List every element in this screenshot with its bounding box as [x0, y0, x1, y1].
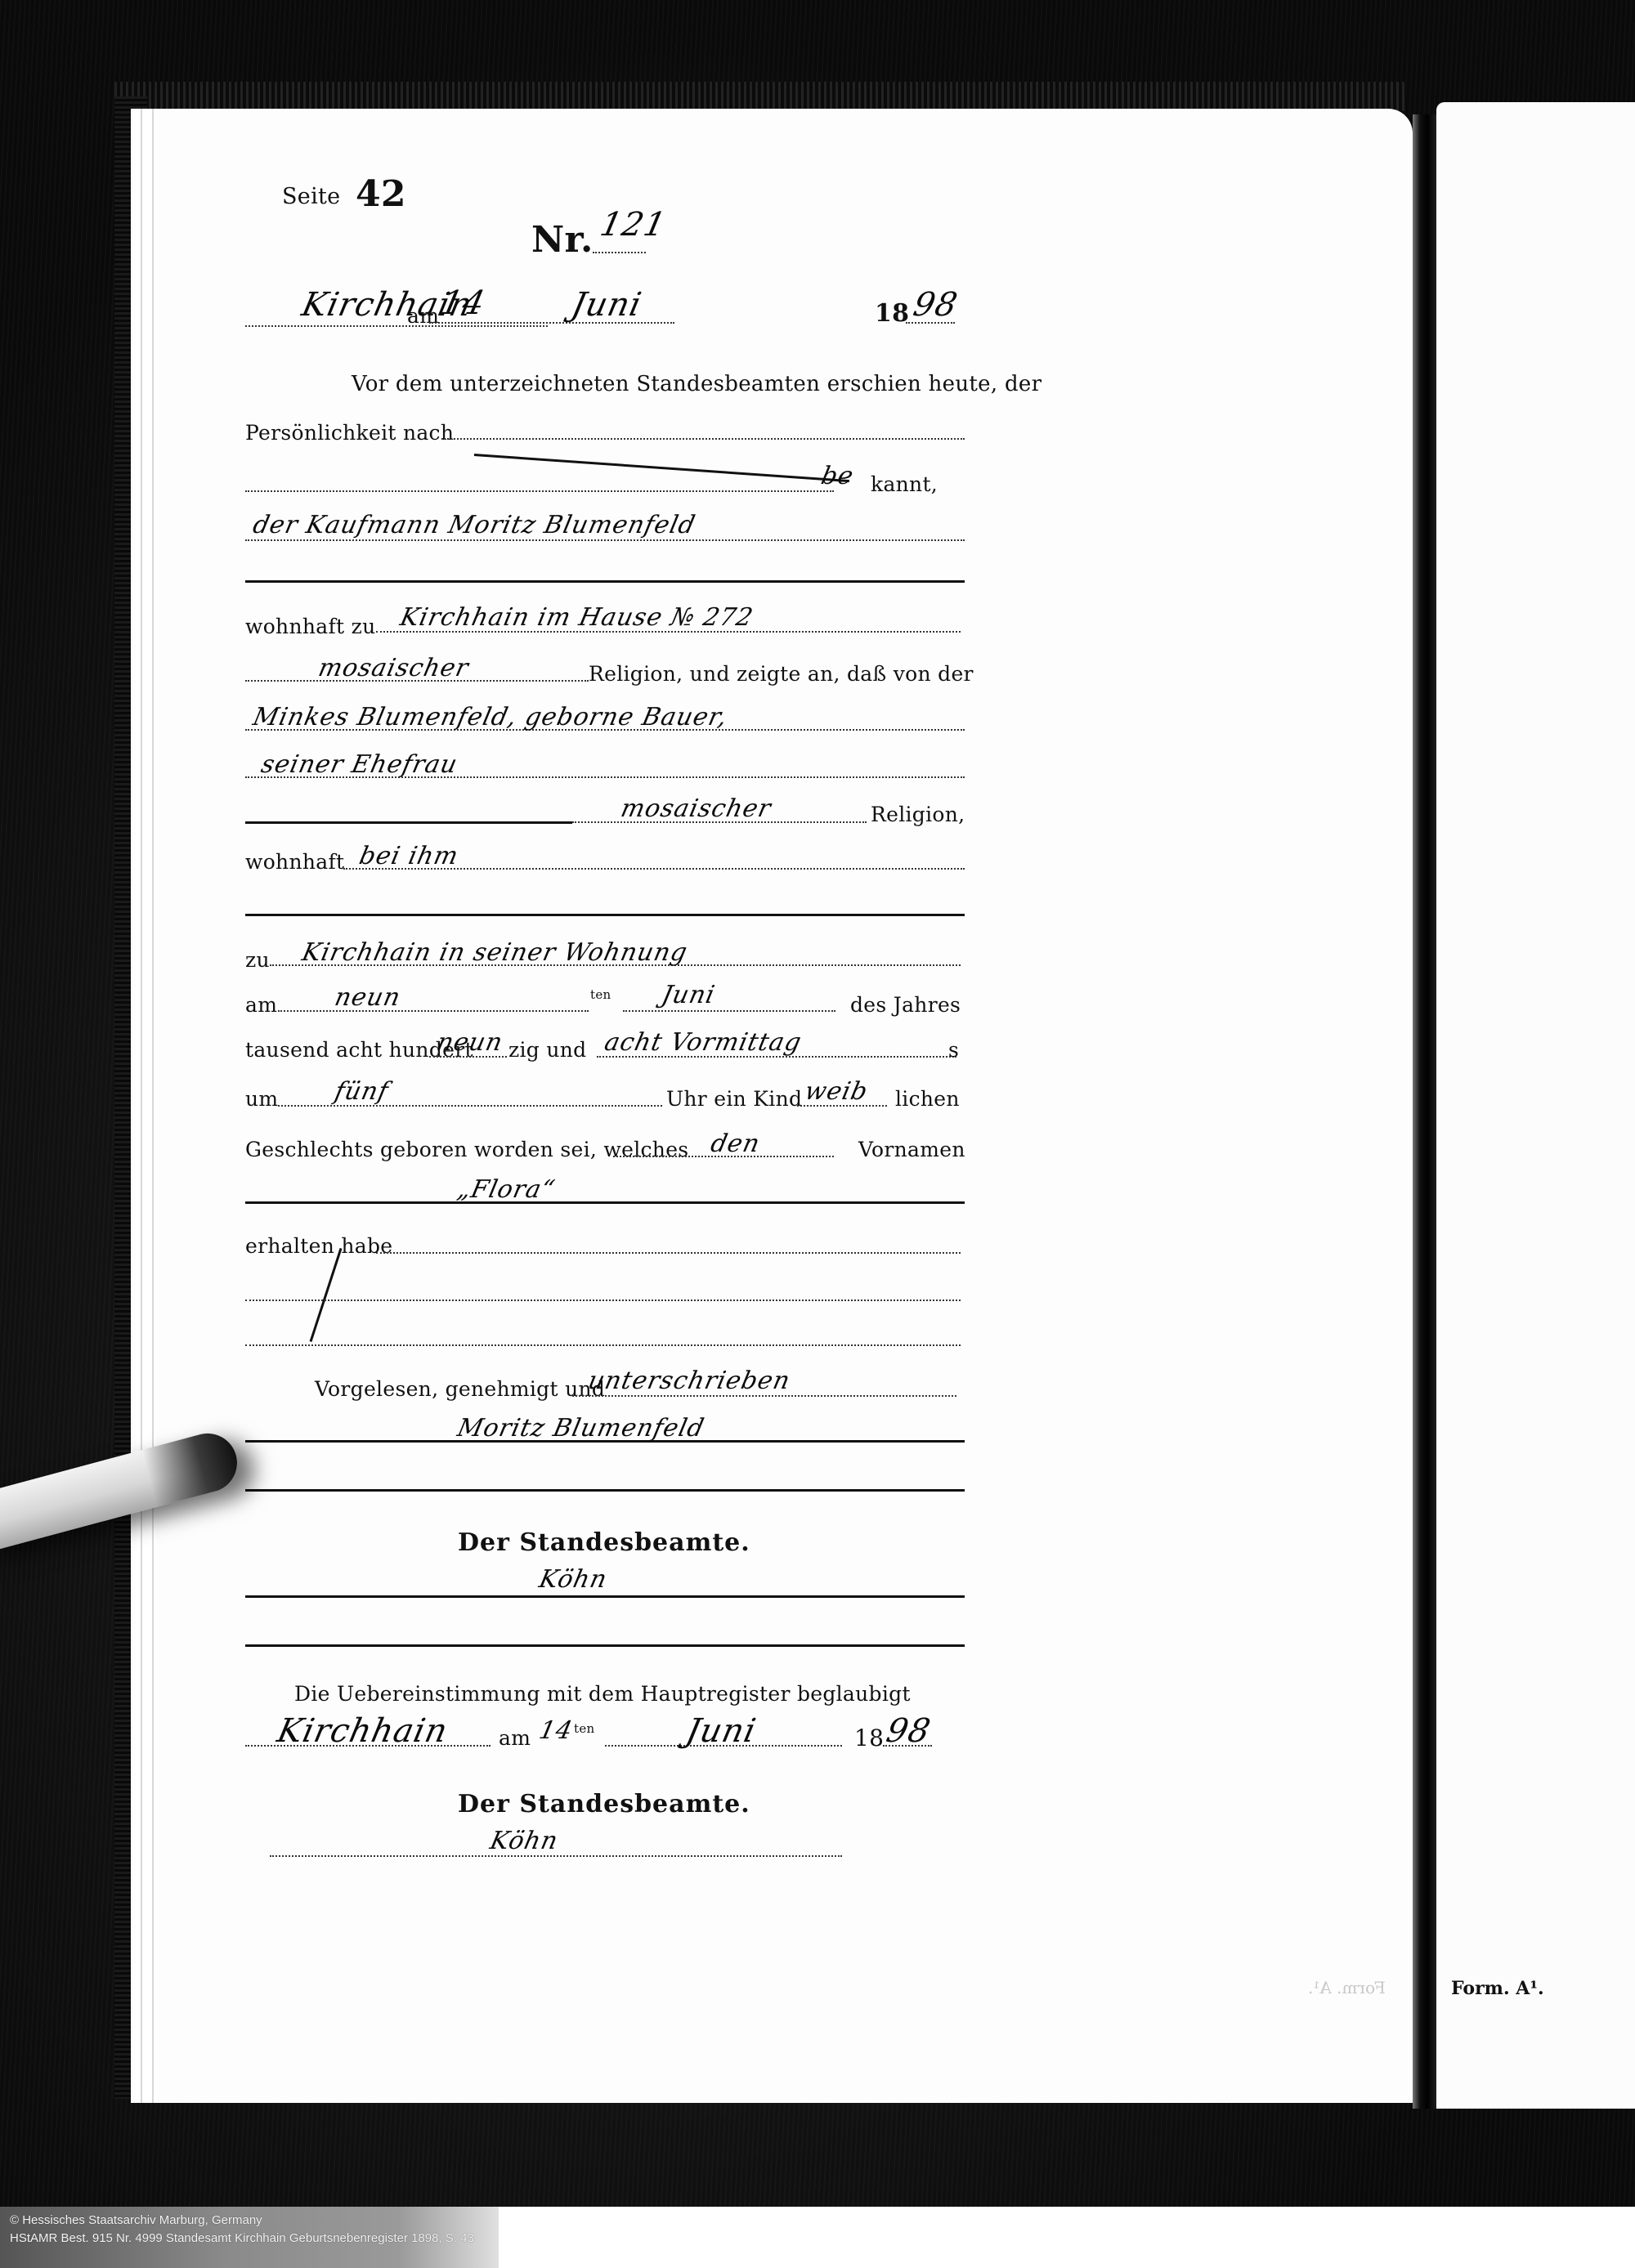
gender-text: Geschlechts geboren worden sei, welches [245, 1138, 688, 1161]
mother-name: Minkes Blumenfeld, geborne Bauer, [250, 703, 730, 731]
mother-relation: seiner Ehefrau [258, 750, 460, 779]
attestation-registrar-title: Der Standesbeamte. [458, 1790, 750, 1818]
blank-line-4 [245, 1489, 965, 1492]
read-hand: unterschrieben [585, 1367, 793, 1395]
sex-hand: weib [802, 1077, 871, 1106]
s-suffix: s [948, 1038, 959, 1062]
received-line [376, 1252, 961, 1254]
mother-residence-label: wohnhaft [245, 850, 344, 874]
decade-hand: neun [434, 1028, 505, 1057]
read-label: Vorgelesen, genehmigt und [315, 1377, 605, 1401]
header-year-prefix: 18 [875, 299, 909, 328]
year-label: des Jahres [850, 993, 961, 1017]
attestation-day: 14 [536, 1716, 576, 1745]
child-name: „Flora“ [455, 1175, 558, 1204]
blank-line-2 [245, 1300, 961, 1301]
name-article: den [708, 1130, 763, 1158]
registrar-title: Der Standesbeamte. [458, 1528, 750, 1557]
unit-hand: acht Vormittag [602, 1028, 804, 1057]
known-print: kannt, [871, 472, 938, 496]
mother-religion-hand: mosaischer [618, 794, 773, 823]
entry-label: Nr. [531, 219, 594, 261]
form-label: Form. A¹. [1451, 1978, 1544, 1999]
page-label: Seite [282, 184, 340, 209]
birth-day-suffix: ten [590, 987, 611, 1002]
birth-day: neun [332, 983, 403, 1012]
registrar-signature: Köhn [536, 1565, 610, 1594]
book-gutter [1413, 114, 1437, 2109]
birth-date-label: am [245, 993, 277, 1017]
residence-value: Kirchhain im Hause № 272 [397, 603, 755, 632]
form-label-showthrough: Form. A¹. [1308, 1978, 1386, 1997]
page-number: 42 [356, 173, 406, 215]
received-label: erhalten habe [245, 1234, 392, 1258]
time-label: um [245, 1087, 278, 1111]
personality-label: Persönlichkeit nach [245, 421, 454, 445]
hour-hand: fünf [332, 1077, 391, 1106]
birth-day-line [278, 1010, 589, 1012]
sex-suffix: lichen [895, 1087, 960, 1111]
attestation-signature: Köhn [487, 1827, 561, 1855]
birthplace-label: zu [245, 948, 270, 972]
religion-text: Religion, und zeigte an, daß von der [589, 662, 974, 686]
residence-label: wohnhaft zu [245, 615, 375, 638]
header-date-line [429, 322, 674, 324]
header-year-suffix: 98 [910, 286, 961, 324]
child-label: Uhr ein Kind [666, 1087, 802, 1111]
blank-line-1 [245, 914, 965, 916]
book-binding-top [114, 82, 1406, 111]
register-page-right [1436, 102, 1635, 2109]
attestation-place: Kirchhain [274, 1712, 451, 1750]
blank-line-5 [245, 1644, 965, 1647]
footer-band: © Hessisches Staatsarchiv Marburg, Germa… [0, 2207, 499, 2268]
header-place-line [245, 325, 548, 327]
mother-religion-label: Religion, [871, 803, 965, 826]
copyright-text: © Hessisches Staatsarchiv Marburg, Germa… [10, 2212, 499, 2230]
forename-label: Vornamen [858, 1138, 965, 1161]
personality-line [441, 438, 965, 440]
informant-line [245, 539, 965, 541]
mother-residence: bei ihm [356, 842, 461, 870]
religion-hand: mosaischer [316, 654, 471, 682]
archive-footer: © Hessisches Staatsarchiv Marburg, Germa… [0, 2207, 1635, 2268]
informant-name: der Kaufmann Moritz Blumenfeld [250, 511, 698, 539]
attestation-year-prefix: 18 [854, 1724, 884, 1751]
birthplace-value: Kirchhain in seiner Wohnung [299, 938, 690, 967]
entry-number: 121 [597, 206, 670, 244]
informant-signature: Moritz Blumenfeld [455, 1414, 707, 1443]
header-month: Juni [568, 286, 645, 324]
entry-number-line [593, 252, 646, 253]
intro-text: Vor dem unterzeichneten Standesbeamten e… [352, 372, 1041, 396]
child-name-line [245, 1201, 965, 1204]
attestation-day-suffix: ten [574, 1721, 594, 1736]
attestation-month: Juni [683, 1712, 759, 1750]
mother-religion-line-a [245, 821, 572, 824]
registrar-signature-line [245, 1595, 965, 1598]
birth-month-line [623, 1010, 835, 1012]
read-line [572, 1395, 956, 1397]
header-day: 14 [437, 284, 489, 322]
known-hand: be [818, 462, 856, 490]
zig-label: zig und [508, 1038, 586, 1062]
known-line [245, 490, 834, 492]
header-am-label: am [407, 304, 439, 328]
attestation-year-suffix: 98 [883, 1712, 934, 1750]
citation-text: HStAMR Best. 915 Nr. 4999 Standesamt Kir… [10, 2230, 499, 2248]
informant-line-2 [245, 580, 965, 583]
attestation-am-label: am [499, 1726, 531, 1750]
birth-month: Juni [659, 981, 718, 1009]
blank-line-3 [245, 1344, 961, 1346]
attestation-signature-line [270, 1855, 842, 1857]
attestation-text: Die Uebereinstimmung mit dem Hauptregist… [294, 1682, 911, 1706]
